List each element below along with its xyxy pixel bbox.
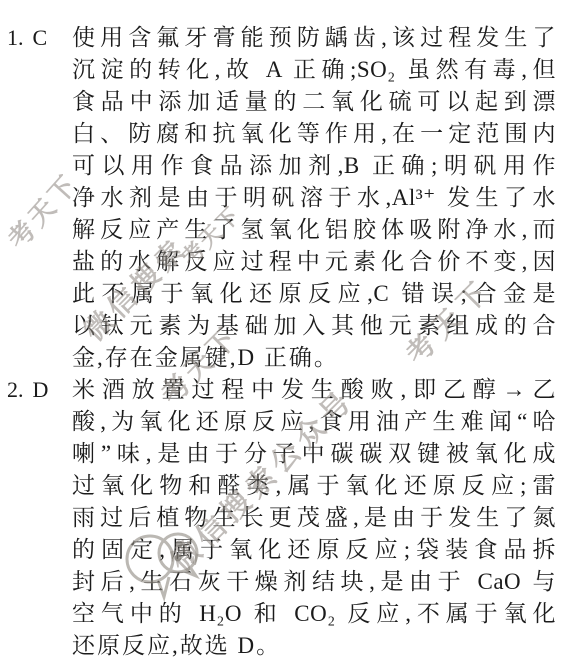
answer-line: 过氧化物和醛类,属于氧化还原反应;雷	[72, 470, 556, 502]
question-number: 1.	[7, 22, 24, 54]
answer-line: 净水剂是由于明矾溶于水,Al³⁺ 发生了水	[72, 182, 556, 214]
answers-page: 1. C 使用含氟牙膏能预防龋齿,该过程发生了 沉淀的转化,故 A 正确;SO₂…	[0, 0, 570, 667]
answer-line: 的固定,属于氧化还原反应;袋装食品拆	[72, 534, 556, 566]
answer-letter: C	[33, 22, 48, 54]
answer-line: 白、防腐和抗氧化等作用,在一定范围内	[72, 118, 556, 150]
answer-line: 封后,生石灰干燥剂结块,是由于 CaO 与	[72, 566, 556, 598]
answer-line: 金,存在金属键,D 正确。	[72, 342, 556, 374]
answer-letter: D	[33, 374, 49, 406]
answer-line: 可以用作食品添加剂,B 正确;明矾用作	[72, 150, 556, 182]
answer-line: 盐的水解反应过程中元素化合价不变,因	[72, 246, 556, 278]
answer-line: 食品中添加适量的二氧化硫可以起到漂	[72, 86, 556, 118]
answer-line: 还原反应,故选 D。	[72, 630, 556, 662]
answer-item-2: 2. D 米酒放置过程中发生酸败,即乙醇→乙 酸,为氧化还原反应,食用油产生难闻…	[0, 374, 570, 662]
explanation-text: 米酒放置过程中发生酸败,即乙醇→乙 酸,为氧化还原反应,食用油产生难闻“哈 喇”…	[72, 374, 558, 662]
answer-line: 喇”味,是由于分子中碳碳双键被氧化成	[72, 438, 556, 470]
answer-line: 使用含氟牙膏能预防龋齿,该过程发生了	[72, 22, 556, 54]
answer-line: 酸,为氧化还原反应,食用油产生难闻“哈	[72, 406, 556, 438]
question-number-block: 2. D	[0, 374, 72, 406]
answer-line: 空气中的 H₂O 和 CO₂ 反应,不属于氧化	[72, 598, 556, 630]
answer-line: 解反应产生了氢氧化铝胶体吸附净水,而	[72, 214, 556, 246]
answer-line: 米酒放置过程中发生酸败,即乙醇→乙	[72, 374, 556, 406]
answer-line: 沉淀的转化,故 A 正确;SO₂ 虽然有毒,但	[72, 54, 556, 86]
answer-line: 此不属于氧化还原反应,C 错误;合金是	[72, 278, 556, 310]
question-number: 2.	[7, 374, 24, 406]
answer-line: 雨过后植物生长更茂盛,是由于发生了氮	[72, 502, 556, 534]
answer-line: 以钛元素为基础加入其他元素组成的合	[72, 310, 556, 342]
answer-item-1: 1. C 使用含氟牙膏能预防龋齿,该过程发生了 沉淀的转化,故 A 正确;SO₂…	[0, 22, 570, 374]
explanation-text: 使用含氟牙膏能预防龋齿,该过程发生了 沉淀的转化,故 A 正确;SO₂ 虽然有毒…	[72, 22, 558, 374]
question-number-block: 1. C	[0, 22, 72, 54]
